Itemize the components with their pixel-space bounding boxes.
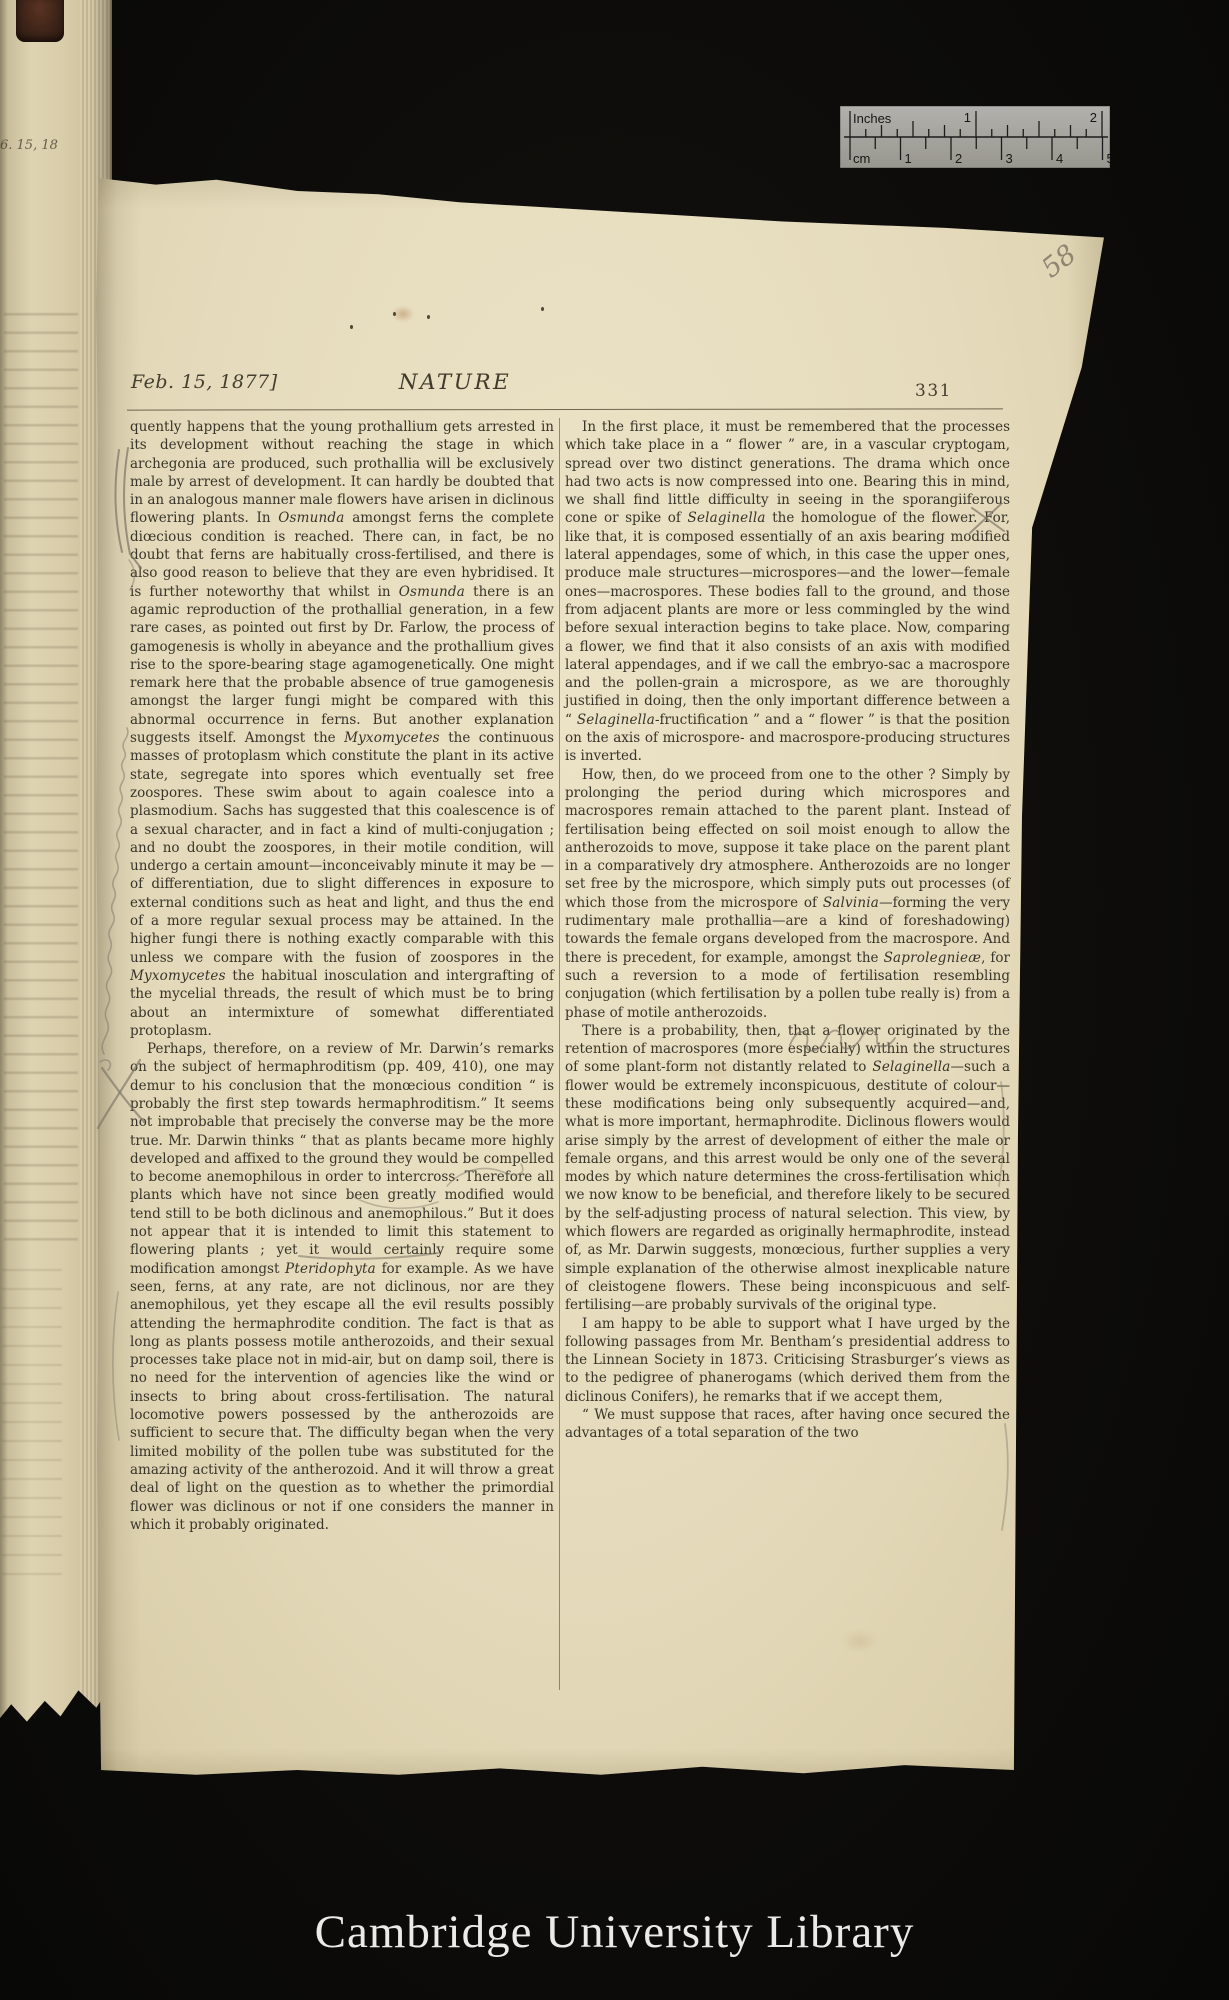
fox-stain	[700, 1060, 736, 1082]
text-columns: quently happens that the young prothalli…	[130, 418, 1010, 1690]
ruler-cm-number: 1	[905, 151, 912, 166]
journal-page: Feb. 15, 1877] NATURE 331 quently happen…	[95, 175, 1107, 1778]
left-column: quently happens that the young prothalli…	[130, 418, 554, 1690]
ink-speck	[427, 315, 430, 319]
ink-speck	[350, 325, 353, 329]
paragraph: “ We must suppose that races, after havi…	[565, 1406, 1010, 1443]
scan-photo: { "scan": { "footer_watermark": "Cambrid…	[0, 0, 1229, 2000]
right-column: In the first place, it must be remembere…	[565, 418, 1010, 1690]
fox-stain	[842, 1630, 878, 1652]
journal-title: NATURE	[95, 370, 815, 395]
ruler-inch-number: 1	[964, 110, 971, 125]
ruler-cm-number: 2	[955, 151, 962, 166]
measurement-ruler: 1212345 Inches cm	[840, 106, 1110, 168]
edge-text-fragment: 6. 15, 18	[0, 138, 58, 153]
column-divider	[559, 418, 560, 1690]
ruler-cm-number: 3	[1006, 151, 1013, 166]
book-edge-pages: 6. 15, 18	[0, 0, 112, 1732]
paragraph: Perhaps, therefore, on a review of Mr. D…	[130, 1040, 554, 1534]
ruler-inch-number: 2	[1090, 110, 1097, 125]
library-watermark: Cambridge University Library	[0, 1905, 1229, 1959]
header-rule	[127, 408, 1003, 410]
paragraph: In the first place, it must be remembere…	[565, 418, 1010, 766]
ruler-cm-label: cm	[853, 151, 870, 166]
book-spine-cap	[16, 0, 64, 42]
ghost-text-lines	[4, 300, 78, 1250]
fox-smudge	[392, 306, 414, 322]
paragraph: How, then, do we proceed from one to the…	[565, 766, 1010, 1022]
ruler-inches-label: Inches	[853, 111, 892, 126]
ghost-text-lines	[2, 1255, 62, 1585]
ruler-cm-number: 4	[1056, 151, 1063, 166]
paragraph: There is a probability, then, that a flo…	[565, 1022, 1010, 1315]
page-number: 331	[915, 381, 952, 401]
paragraph: I am happy to be able to support what I …	[565, 1315, 1010, 1406]
ruler-cm-number: 5	[1107, 151, 1111, 166]
ink-speck	[541, 307, 544, 311]
paragraph: quently happens that the young prothalli…	[130, 418, 554, 1040]
